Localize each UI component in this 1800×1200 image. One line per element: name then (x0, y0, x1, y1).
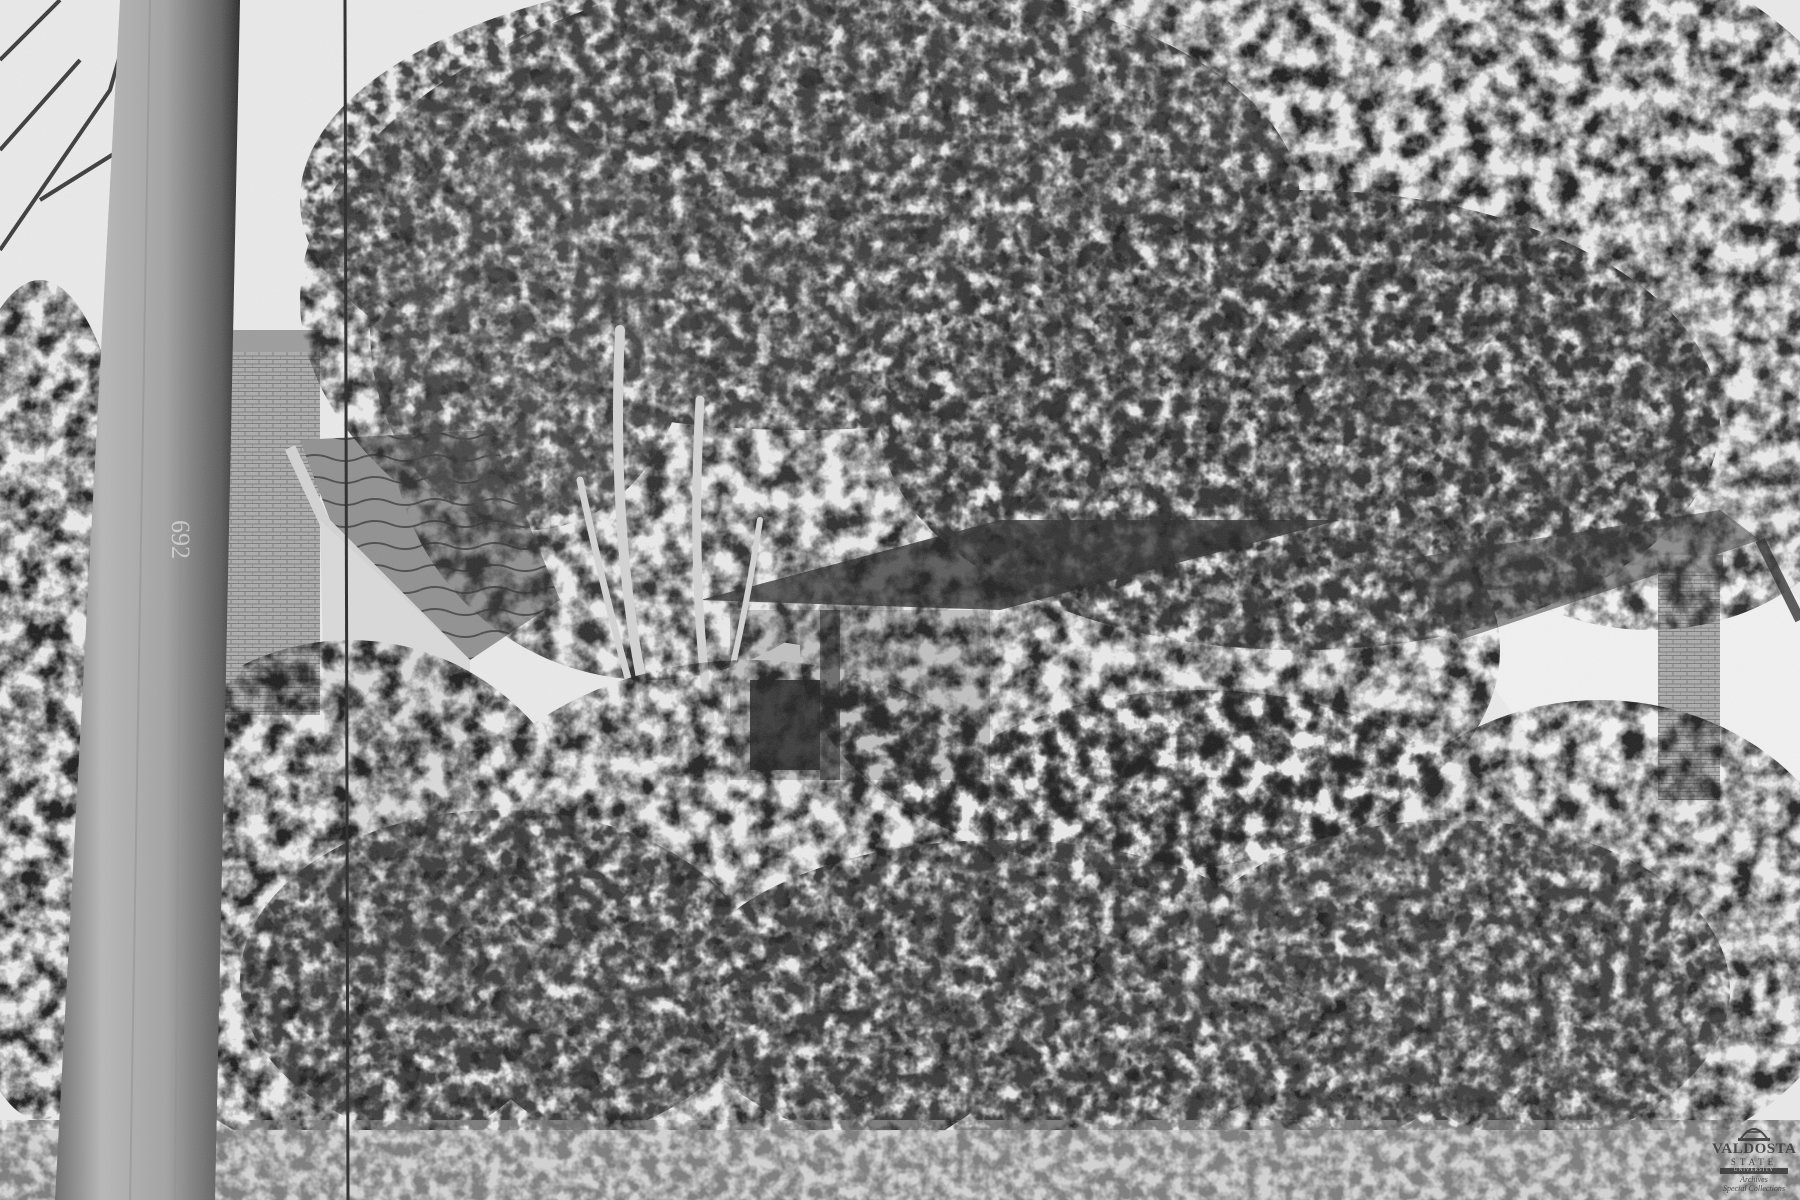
valdosta-state-watermark: VALDOSTA STATE UNIVERSITY Archives Speci… (1712, 1120, 1796, 1198)
dome-logo-icon (1734, 1120, 1774, 1142)
watermark-special-collections: Special Collections (1712, 1184, 1796, 1193)
watermark-state: STATE (1712, 1157, 1796, 1167)
archival-photograph: 692 VALDOSTA STATE UNIVERSITY Archives S… (0, 0, 1800, 1200)
photo-scene: 692 (0, 0, 1800, 1200)
watermark-archives: Archives (1712, 1175, 1796, 1184)
watermark-university: UNIVERSITY (1720, 1168, 1788, 1174)
watermark-valdosta: VALDOSTA (1712, 1142, 1796, 1157)
